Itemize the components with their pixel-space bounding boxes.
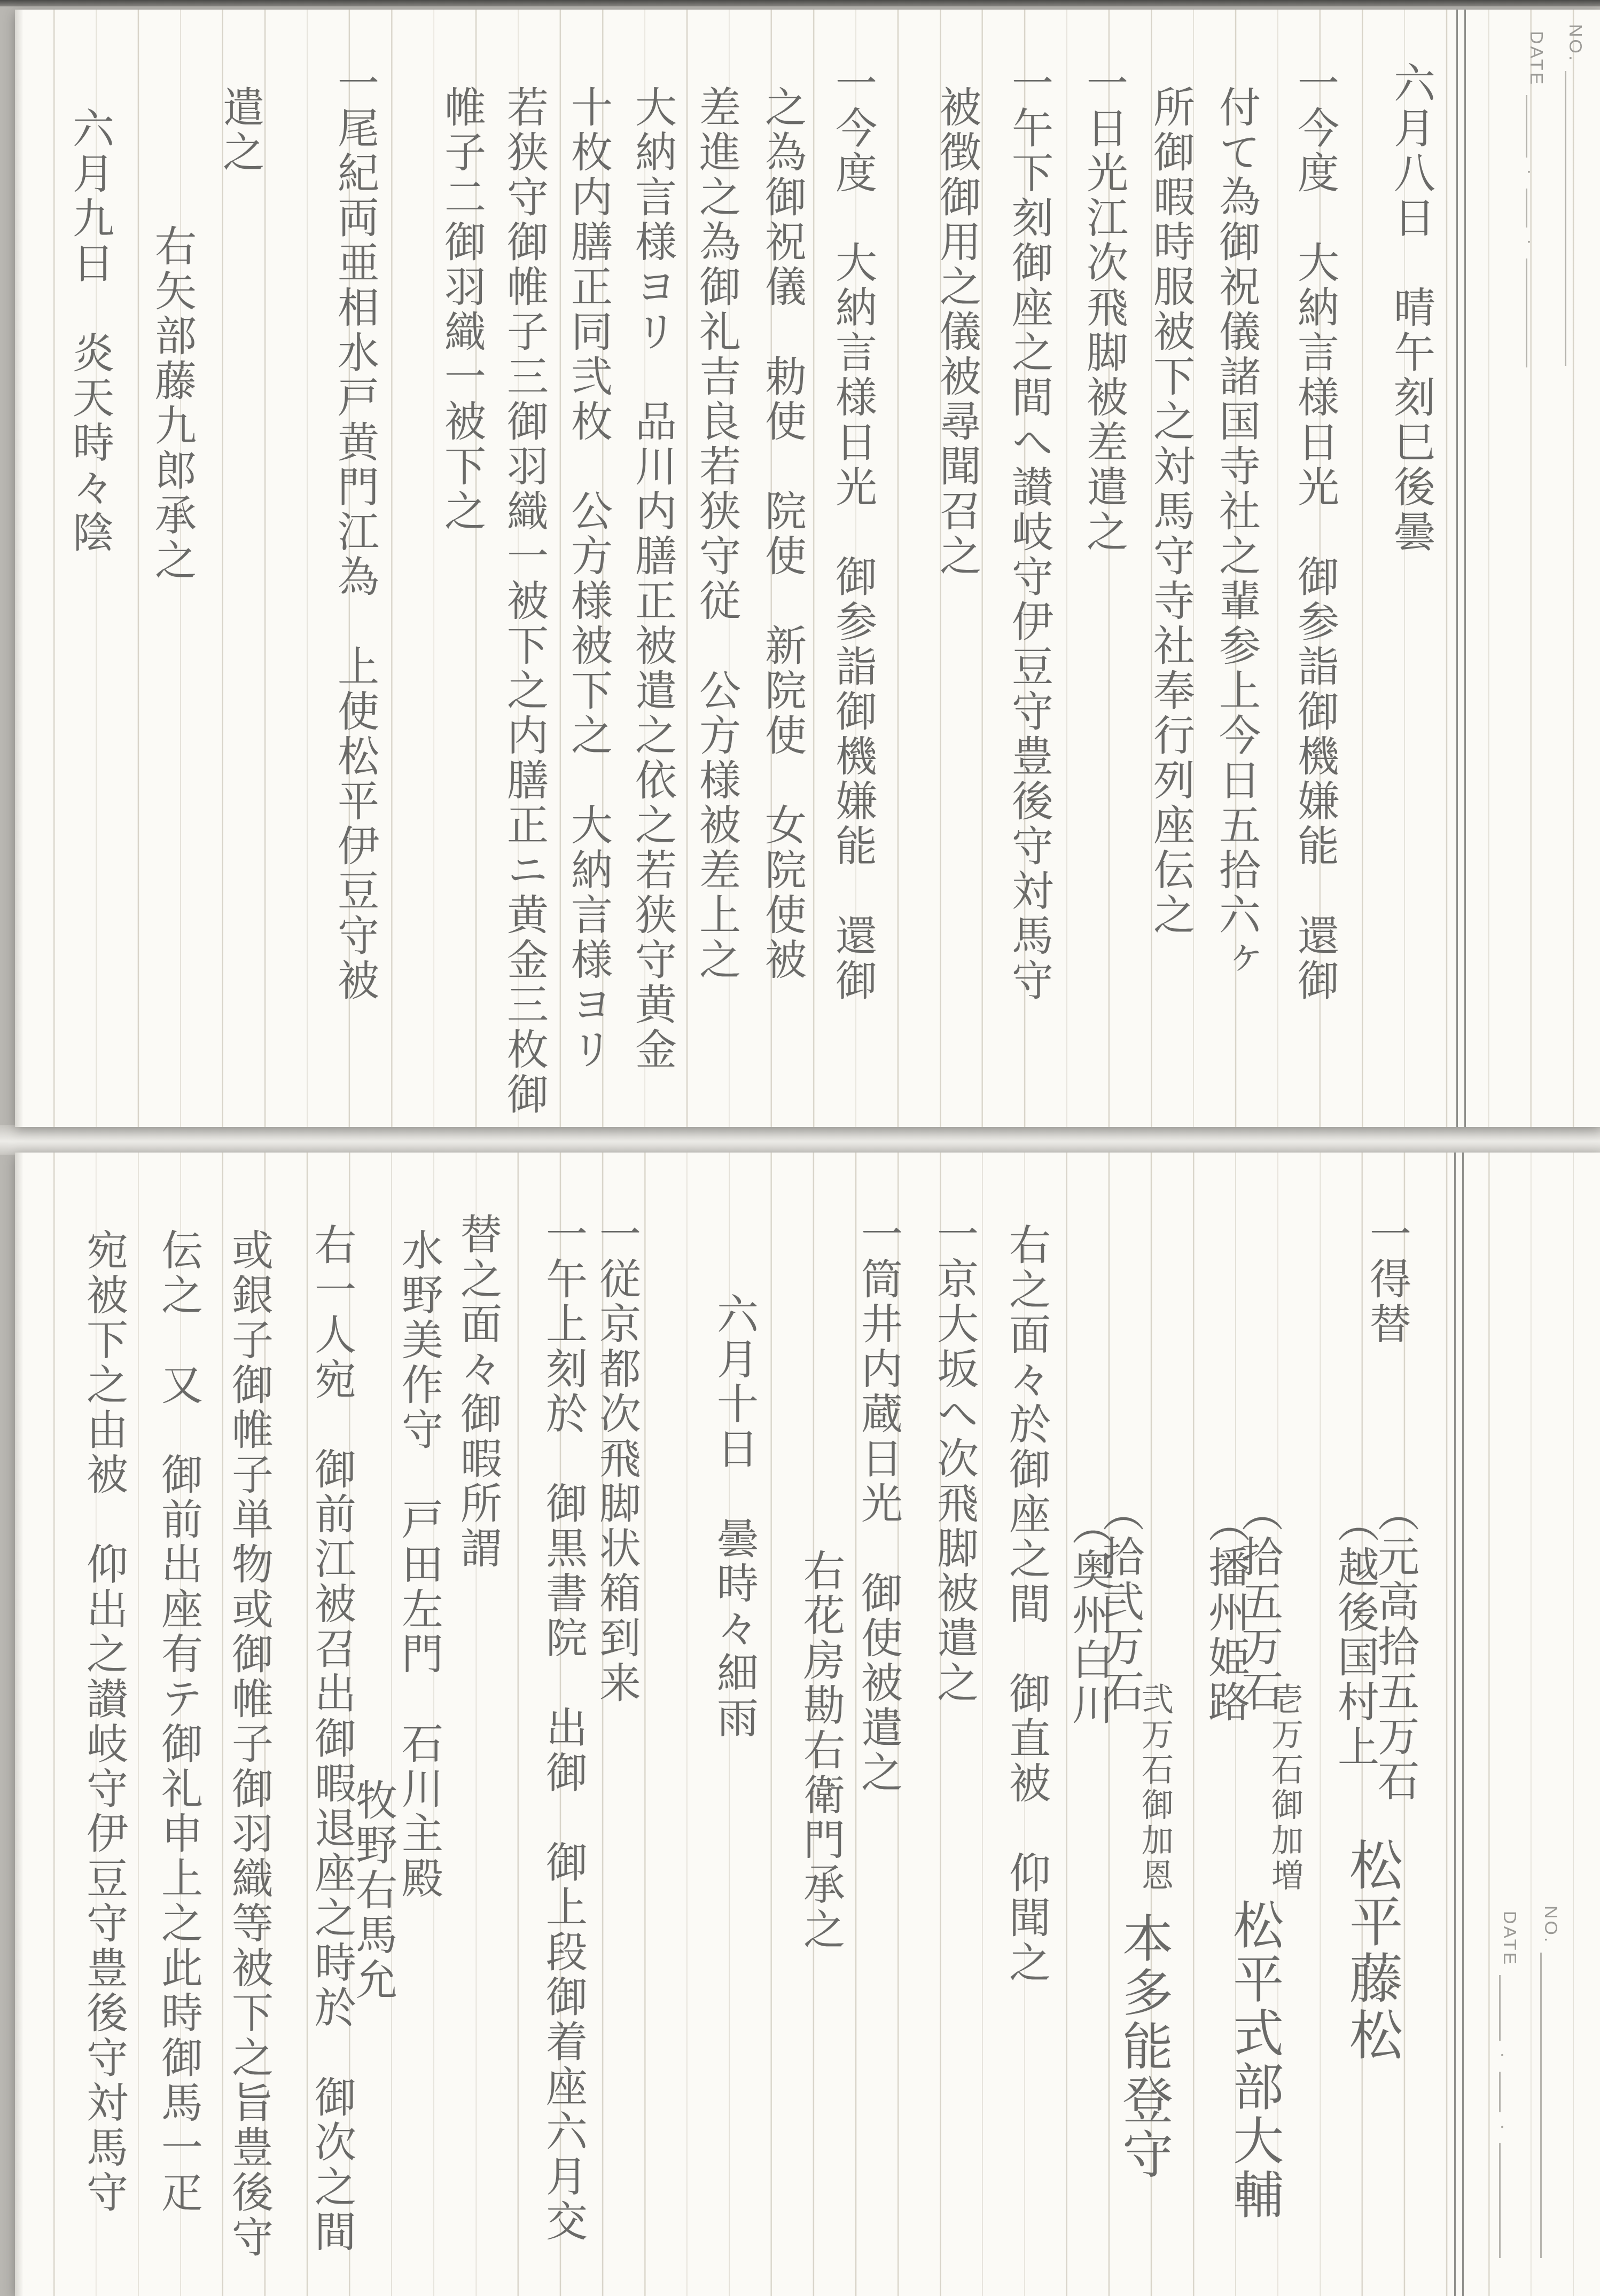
handwriting-column: 一日光江次飛脚被差遣之: [1083, 61, 1125, 555]
handwriting-layer: 一得替（元高拾五万石（越後国村上松平藤松（拾五万石（播州姫路壱万石御加増松平式部…: [15, 1153, 1600, 2296]
handwriting-layer: 六月八日 晴午刻巳後曇一今度 大納言様日光 御参詣御機嫌能 還御付て為御祝儀諸国…: [15, 10, 1600, 1127]
handwriting-column: （元高拾五万石: [1374, 1490, 1416, 1804]
handwriting-column: 所御暇時服被下之対馬守寺社奉行列座伝之: [1150, 85, 1191, 938]
handwriting-column: 本多能登守: [1118, 1912, 1169, 2182]
handwriting-column: 遣之: [219, 85, 261, 175]
handwriting-column: 一午下刻御座之間へ讃岐守伊豆守豊後守対馬守: [1008, 61, 1050, 1004]
handwriting-column: 一今度 大納言様日光 御参詣御機嫌能 還御: [832, 61, 873, 1004]
handwriting-column: （播州姫路: [1205, 1501, 1246, 1725]
handwriting-column: 松平式部大輔: [1229, 1899, 1279, 2222]
handwriting-column: 一尾紀両亜相水戸黄門江為 上使松平伊豆守被: [334, 61, 376, 1004]
scanned-document: { "colors":{"paper":"#fbfaf6","ink":"#6a…: [0, 0, 1600, 2296]
handwriting-column: （奥州白川: [1068, 1503, 1110, 1728]
handwriting-column: 右花房勘右衛門承之: [800, 1549, 841, 1953]
handwriting-column: 右之面々於御座之間 御直被 仰聞之: [1005, 1223, 1047, 1986]
handwriting-column: 伝之 又 御前出座有テ御礼申上之此時御馬一疋: [158, 1228, 199, 2215]
handwriting-column: 差進之為御礼吉良若狭守従 公方様被差上之: [696, 85, 737, 983]
handwriting-column: 被徴御用之儀被尋聞召之: [936, 85, 978, 579]
handwriting-column: 替之面々御暇所謂: [457, 1212, 498, 1571]
handwriting-column: 松平藤松: [1345, 1837, 1398, 2064]
handwriting-column: 宛被下之由被 仰出之讃岐守伊豆守豊後守対馬守: [83, 1228, 124, 2215]
handwriting-column: 大納言様ヨリ 品川内膳正被遣之依之若狭守黄金: [631, 85, 673, 1072]
handwriting-column: 六月十日 曇時々細雨: [713, 1292, 755, 1741]
scan-top-edge: [0, 0, 1600, 6]
handwriting-column: （越後国村上: [1334, 1501, 1376, 1770]
handwriting-column: 六月八日 晴午刻巳後曇: [1390, 61, 1432, 555]
handwriting-column: 水野美作守 戸田左門 石川主殿: [398, 1228, 440, 1901]
handwriting-column: 右一人宛 御前江被召出御暇退座之時於 御次之間: [311, 1223, 353, 2255]
handwriting-column: 六月九日 炎天時々陰: [69, 107, 111, 555]
handwriting-column: 或銀子御帷子単物或御帷子御羽織等被下之旨豊後守: [228, 1228, 270, 2260]
handwriting-column: 付て為御祝儀諸国寺社之輩参上今日五拾六ヶ: [1215, 85, 1257, 983]
handwriting-column: 牧野右馬允: [352, 1778, 394, 2003]
handwriting-column: 一従京都次飛脚状箱到来: [596, 1212, 637, 1706]
handwriting-column: 十枚内膳正同弐枚 公方様被下之 大納言様ヨリ: [567, 85, 609, 1072]
handwriting-column: 一筒井内蔵日光 御使被遣之: [857, 1212, 899, 1796]
handwriting-column: 一京大坂へ次飛脚被遣之: [933, 1212, 975, 1706]
handwriting-column: 壱万石御加増: [1269, 1682, 1301, 1894]
page-2: NO. DATE ・ ・ 一得替（元高拾五万石（越後国村上松平藤松（拾五万石（播…: [15, 1153, 1600, 2296]
page-seam: [0, 1125, 1600, 1155]
handwriting-column: 一得替: [1366, 1212, 1408, 1347]
handwriting-column: 弐万石御加恩: [1139, 1682, 1171, 1894]
handwriting-column: 之為御祝儀 勅使 院使 新院使 女院使被: [761, 85, 803, 983]
handwriting-column: 一今度 大納言様日光 御参詣御機嫌能 還御: [1294, 61, 1336, 1004]
handwriting-column: 帷子二御羽織一被下之: [441, 85, 482, 534]
handwriting-column: 右矢部藤九郎承之: [151, 224, 193, 583]
handwriting-column: 若狭守御帷子三御羽織一被下之内膳正ニ黄金三枚御: [503, 85, 545, 1117]
page-1: NO. DATE ・ ・ 六月八日 晴午刻巳後曇一今度 大納言様日光 御参詣御機…: [15, 10, 1600, 1127]
handwriting-column: 一午上刻於 御黒書院 出御 御上段御着座六月交: [542, 1212, 584, 2244]
